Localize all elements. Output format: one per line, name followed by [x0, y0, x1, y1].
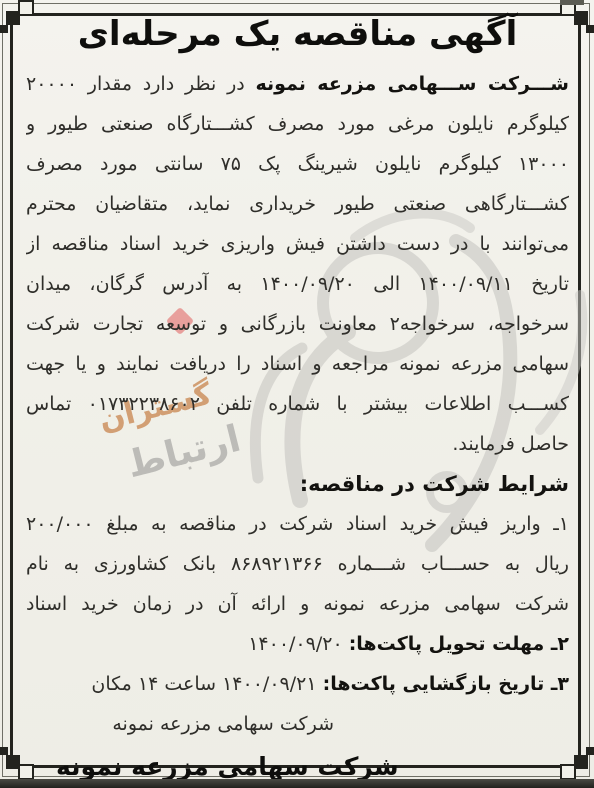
condition3-line: ۳ـ تاریخ بازگشایی پاکت‌ها: ۱۴۰۰/۰۹/۲۱ سا… [26, 664, 569, 704]
corner-square-small [0, 25, 8, 33]
corner-square-small [0, 747, 8, 755]
opening-label: ۳ـ تاریخ بازگشایی پاکت‌ها: [323, 673, 569, 695]
conditions-heading: شرایط شرکت در مناقصه: [26, 464, 569, 504]
intro-line: شـــرکت ســـهامی مزرعه نمونه در نظر دارد… [26, 64, 569, 104]
deadline-label: ۲ـ مهلت تحویل پاکت‌ها: [349, 633, 569, 655]
body-line-6: سرخواجه، سرخواجه۲ معاونت بازرگانی و توسع… [26, 304, 569, 344]
corner-square-small [586, 25, 594, 33]
intro-rest: در نظر دارد مقدار ۲۰۰۰۰ [26, 73, 256, 95]
location-line: شرکت سهامی مزرعه نمونه [26, 704, 569, 744]
body-line-4: می‌توانند با در دست داشتن فیش واریزی خری… [26, 224, 569, 264]
frame-corner-ornament-bottom-right [560, 746, 594, 780]
corner-square-outline [18, 0, 34, 16]
company-name-bold: شـــرکت ســـهامی مزرعه نمونه [256, 73, 570, 95]
ad-title: آگهی مناقصه یک مرحله‌ای [26, 10, 569, 58]
body-line-7: سهامی مزرعه نمونه مراجعه و اسناد را دریا… [26, 344, 569, 384]
condition1-line-3: شرکت سهامی مزرعه نمونه و ارائه آن در زما… [26, 584, 569, 624]
body-line-8: کســـب اطلاعات بیشتر با شماره تلفن ۰۱۷۳۲… [26, 384, 569, 424]
corner-square-outline [18, 764, 34, 780]
body-line-5: تاریخ ۱۴۰۰/۰۹/۱۱ الی ۱۴۰۰/۰۹/۲۰ به آدرس … [26, 264, 569, 304]
newspaper-tender-clipping: گستران ارتباط آگهی مناقصه یک مرحله‌ای شـ… [0, 0, 594, 788]
frame-corner-ornament-top-right [560, 0, 594, 34]
condition1-line-2: ریال به حســـاب شـــماره ۸۶۸۹۲۱۳۶۶ بانک … [26, 544, 569, 584]
frame-corner-ornament-bottom-left [0, 746, 34, 780]
corner-square-fill [6, 755, 20, 769]
condition1-line-1: ۱ـ واریز فیش خرید اسناد شرکت در مناقصه ب… [26, 504, 569, 544]
ad-body: آگهی مناقصه یک مرحله‌ای شـــرکت ســـهامی… [26, 8, 569, 788]
corner-square-fill [574, 755, 588, 769]
corner-square-small [586, 747, 594, 755]
body-line-9: حاصل فرمایند. [26, 424, 569, 464]
body-line-2: ۱۳۰۰۰ کیلوگرم نایلون شیرینگ پک ۷۵ سانتی … [26, 144, 569, 184]
corner-square-fill [6, 11, 20, 25]
body-line-1: کیلوگرم نایلون مرغی مورد مصرف کشـــتارگا… [26, 104, 569, 144]
deadline-date: ۱۴۰۰/۰۹/۲۰ [248, 633, 349, 655]
body-line-3: کشـــتارگاهی صنعتی طیور خریداری نماید، م… [26, 184, 569, 224]
scan-edge-artifact [560, 0, 584, 5]
column-bottom-rule [0, 779, 594, 788]
condition2-line: ۲ـ مهلت تحویل پاکت‌ها: ۱۴۰۰/۰۹/۲۰ [26, 624, 569, 664]
opening-date: ۱۴۰۰/۰۹/۲۱ ساعت ۱۴ مکان [91, 673, 322, 695]
frame-corner-ornament-top-left [0, 0, 34, 34]
corner-square-fill [574, 11, 588, 25]
